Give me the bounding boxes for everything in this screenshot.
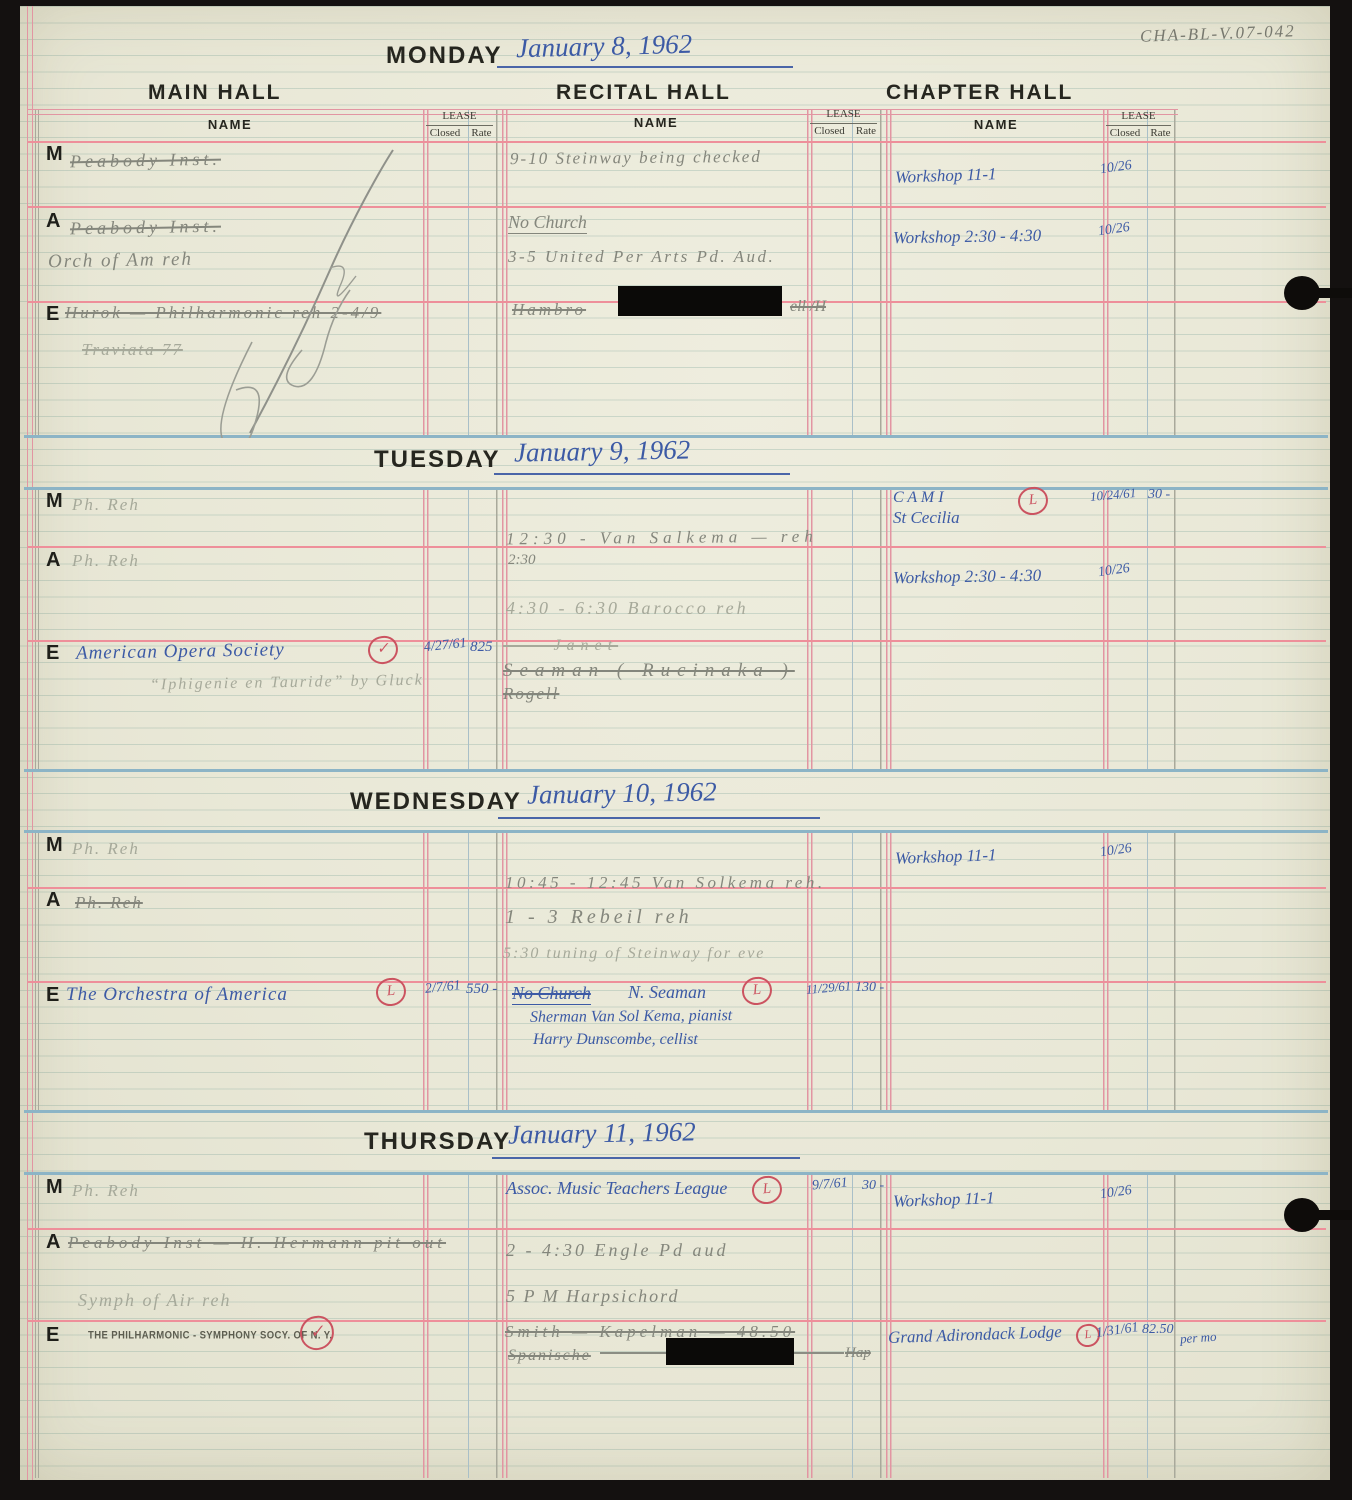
closed-thu-recital-m: 9/7/61	[811, 1175, 848, 1194]
entry-wed-main-a: Ph. Reh	[75, 893, 143, 913]
entry-tue-chapter-m1: C A M I	[893, 489, 944, 507]
entry-thu-recital-a1: 2 - 4:30 Engle Pd aud	[506, 1240, 728, 1261]
date-underline	[498, 817, 820, 819]
entry-mon-recital-a1: No Church	[508, 212, 587, 234]
entry-tue-main-a: Ph. Reh	[72, 551, 140, 571]
row-label-evening: E	[46, 984, 59, 1007]
closed-header-main: Closed	[423, 127, 467, 139]
entry-wed-recital-e2: N. Seaman	[628, 982, 706, 1003]
rate-wed-main-e: 550 -	[466, 981, 497, 998]
closed-header-chapter: Closed	[1103, 127, 1147, 139]
day-title-thursday: THURSDAY	[364, 1128, 511, 1156]
closed-header-recital: Closed	[807, 125, 852, 137]
rate-header-recital: Rate	[852, 125, 880, 137]
row-label-evening: E	[46, 1324, 59, 1347]
day-title-monday: MONDAY	[386, 42, 502, 70]
grid-lines-wednesday	[28, 830, 1178, 1110]
entry-tue-recital-a2: 2:30	[508, 552, 536, 569]
entry-tue-chapter-m2: St Cecilia	[893, 508, 960, 528]
rate-unit-thu-chapter-e: per mo	[1179, 1329, 1216, 1348]
hole-punch-slot	[1316, 288, 1352, 298]
entry-tue-chapter-a: Workshop 2:30 - 4:30	[893, 566, 1041, 589]
lease-underline	[426, 125, 493, 126]
col-header-name-chapter: NAME	[890, 117, 1102, 132]
hall-title-recital: RECITAL HALL	[556, 81, 731, 105]
row-label-afternoon: A	[46, 210, 60, 233]
entry-thu-chapter-m: Workshop 11-1	[893, 1188, 995, 1212]
row-label-evening: E	[46, 303, 59, 326]
section-divider	[24, 1110, 1328, 1113]
entry-wed-main-m: Ph. Reh	[72, 839, 140, 859]
entry-tue-recital-e2: Seaman ( Rucinaka )	[503, 660, 795, 682]
scanned-ledger-page: CHA-BL-V.07-042 MONDAY January 8, 1962 M…	[0, 0, 1352, 1500]
rate-tue-chapter-m: 30 -	[1148, 487, 1170, 503]
row-label-morning: M	[46, 490, 63, 513]
rate-tue-main-e: 825	[470, 639, 493, 656]
row-label-evening: E	[46, 642, 59, 665]
col-header-name-recital: NAME	[506, 115, 806, 130]
entry-thu-main-m: Ph. Reh	[72, 1181, 140, 1201]
entry-wed-recital-e1: No Church	[512, 983, 591, 1005]
strike-line	[794, 1352, 844, 1354]
hall-title-chapter: CHAPTER HALL	[886, 81, 1073, 105]
entry-tue-recital-e3: Rogell	[503, 684, 559, 704]
rate-wed-recital-e: 130 -	[855, 980, 884, 996]
row-line	[28, 1228, 1326, 1230]
entry-tue-recital-a1: 12:30 - Van Salkema — reh	[506, 527, 818, 550]
entry-mon-recital-e1: Hambro	[512, 300, 586, 320]
section-divider	[24, 1172, 1328, 1175]
lease-header-chapter: LEASE	[1103, 110, 1174, 122]
day-title-tuesday: TUESDAY	[374, 446, 500, 474]
hole-punch	[1284, 276, 1320, 310]
section-divider	[24, 830, 1328, 833]
entry-mon-recital-a2: 3-5 United Per Arts Pd. Aud.	[508, 247, 775, 267]
date-underline	[492, 1157, 800, 1159]
entry-mon-recital-m: 9-10 Steinway being checked	[510, 147, 762, 169]
date-thursday: January 11, 1962	[508, 1116, 696, 1150]
hole-punch-slot	[1316, 1210, 1352, 1220]
date-wednesday: January 10, 1962	[527, 776, 717, 810]
redaction-box	[666, 1338, 794, 1365]
col-header-name-main: NAME	[40, 117, 420, 132]
lease-header-recital: LEASE	[807, 108, 880, 120]
entry-wed-chapter-m: Workshop 11-1	[895, 845, 997, 869]
lease-header-main: LEASE	[423, 110, 496, 122]
rate-header-main: Rate	[467, 127, 496, 139]
entry-thu-recital-m: Assoc. Music Teachers League	[506, 1178, 727, 1199]
date-tuesday: January 9, 1962	[514, 434, 691, 468]
date-underline	[494, 473, 790, 475]
lease-underline	[810, 123, 877, 124]
strike-line	[600, 1352, 666, 1354]
lease-underline	[1106, 125, 1171, 126]
redaction-box	[618, 286, 782, 316]
entry-thu-recital-a2: 5 P M Harpsichord	[506, 1286, 680, 1307]
entry-wed-recital-a2: 1 - 3 Rebeil reh	[505, 906, 693, 929]
hole-punch	[1284, 1198, 1320, 1232]
day-title-wednesday: WEDNESDAY	[350, 788, 522, 816]
entry-thu-recital-e3: Hap	[845, 1345, 871, 1362]
entry-tue-recital-e1: —— Janet	[503, 637, 618, 655]
hall-title-main: MAIN HALL	[148, 81, 281, 105]
entry-thu-main-a1: Peabody Inst — H. Hermann pit out	[68, 1233, 446, 1253]
entry-thu-main-a2: Symph of Air reh	[78, 1290, 232, 1311]
row-label-afternoon: A	[46, 1231, 60, 1254]
entry-mon-main-e2: Traviata 77	[82, 340, 183, 360]
pencil-scrawl-signature	[180, 138, 420, 438]
date-underline	[497, 66, 793, 68]
entry-tue-recital-a3: 4:30 - 6:30 Barocco reh	[506, 598, 749, 619]
entry-tue-main-m: Ph. Reh	[72, 495, 140, 515]
entry-wed-main-e: The Orchestra of America	[66, 984, 288, 1006]
rate-header-chapter: Rate	[1147, 127, 1174, 139]
entry-wed-recital-e3: Sherman Van Sol Kema, pianist	[530, 1007, 732, 1027]
date-monday: January 8, 1962	[516, 29, 693, 65]
entry-tue-main-e: American Opera Society	[76, 639, 285, 665]
row-label-afternoon: A	[46, 889, 60, 912]
entry-mon-chapter-m: Workshop 11-1	[895, 164, 997, 188]
entry-wed-recital-a3: 5:30 tuning of Steinway for eve	[503, 945, 765, 963]
rate-thu-chapter-e: 82.50	[1142, 1322, 1174, 1338]
entry-thu-recital-e2: Spanische	[508, 1347, 591, 1365]
entry-mon-chapter-a: Workshop 2:30 - 4:30	[893, 226, 1041, 249]
section-divider	[24, 769, 1328, 772]
row-label-morning: M	[46, 1176, 63, 1199]
rate-thu-recital-m: 30 -	[862, 1178, 884, 1194]
philharmonic-stamp: THE PHILHARMONIC - SYMPHONY SOCY. OF N. …	[88, 1329, 332, 1342]
entry-mon-recital-e2: ell /H	[790, 298, 826, 316]
entry-wed-recital-e4: Harry Dunscombe, cellist	[533, 1031, 698, 1049]
row-label-afternoon: A	[46, 549, 60, 572]
entry-mon-main-a2: Orch of Am reh	[48, 249, 193, 274]
row-label-morning: M	[46, 834, 63, 857]
entry-wed-recital-a1: 10:45 - 12:45 Van Solkema reh.	[505, 873, 826, 893]
row-label-morning: M	[46, 143, 63, 166]
